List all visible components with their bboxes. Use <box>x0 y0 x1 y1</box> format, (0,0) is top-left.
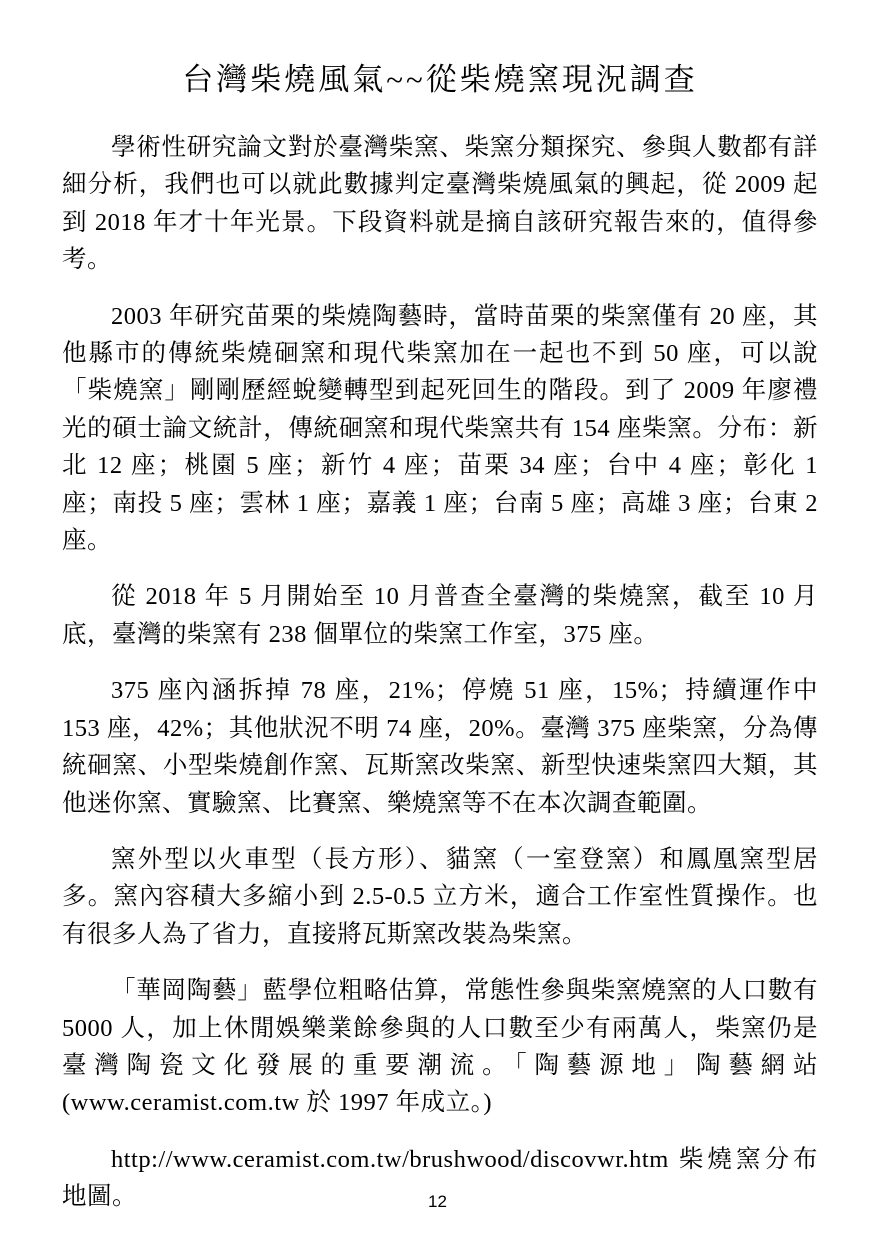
page-number: 12 <box>0 1192 875 1212</box>
paragraph-intro: 學術性研究論文對於臺灣柴窯、柴窯分類探究、參與人數都有詳細分析，我們也可以就此數… <box>62 129 818 279</box>
paragraph-kiln-statistics: 375 座內涵拆掉 78 座，21%；停燒 51 座，15%；持續運作中 153… <box>62 672 818 822</box>
page-title: 台灣柴燒風氣~~從柴燒窯現況調查 <box>62 54 818 99</box>
paragraph-kiln-shapes: 窯外型以火車型（長方形）、貓窯（一室登窯）和鳳凰窯型居多。窯內容積大多縮小到 2… <box>62 841 818 953</box>
paragraph-population-estimate: 「華岡陶藝」藍學位粗略估算，常態性參與柴窯燒窯的人口數有 5000 人，加上休閒… <box>62 972 818 1122</box>
paragraph-2003-survey: 2003 年研究苗栗的柴燒陶藝時，當時苗栗的柴窯僅有 20 座，其他縣市的傳統柴… <box>62 298 818 560</box>
paragraph-2018-census: 從 2018 年 5 月開始至 10 月普查全臺灣的柴燒窯，截至 10 月底，臺… <box>62 578 818 653</box>
document-page: 台灣柴燒風氣~~從柴燒窯現況調查 學術性研究論文對於臺灣柴窯、柴窯分類探究、參與… <box>0 0 875 1240</box>
